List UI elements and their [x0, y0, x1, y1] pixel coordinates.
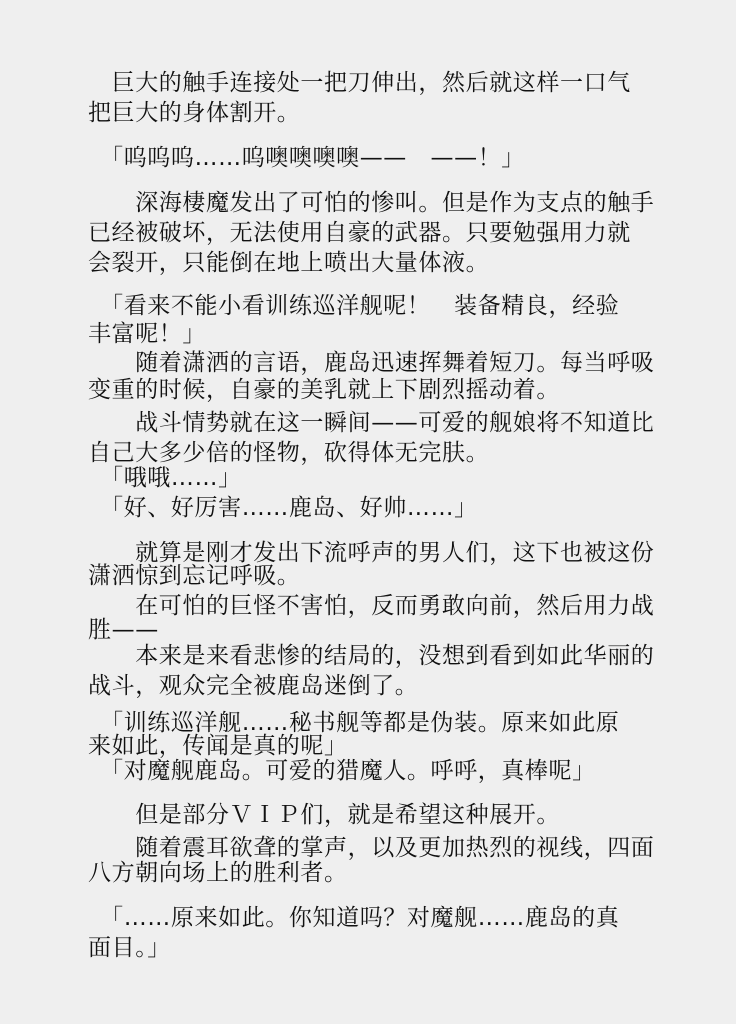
- text-line: 「好、好厉害……鹿岛、好帅……」: [88, 495, 478, 521]
- text-line: 在可怕的巨怪不害怕，反而勇敢向前，然后用力战: [88, 593, 654, 619]
- text-line: 随着震耳欲聋的掌声，以及更加热烈的视线，四面: [88, 835, 654, 861]
- text-line: 战斗情势就在这一瞬间——可爱的舰娘将不知道比: [88, 410, 654, 436]
- text-line: 深海棲魔发出了可怕的惨叫。但是作为支点的触手: [88, 190, 654, 216]
- text-line: 巨大的触手连接处一把刀伸出，然后就这样一口气: [88, 70, 631, 96]
- text-line: 变重的时候，自豪的美乳就上下剧烈摇动着。: [88, 377, 560, 403]
- text-line: 「对魔舰鹿岛。可爱的猎魔人。呼呼，真棒呢」: [88, 758, 596, 784]
- text-line: 来如此，传闻是真的呢」: [88, 733, 348, 759]
- text-line: 本来是来看悲惨的结局的，没想到看到如此华丽的: [88, 643, 654, 669]
- text-line: 八方朝向场上的胜利者。: [88, 860, 348, 886]
- text-line: 战斗，观众完全被鹿岛迷倒了。: [88, 673, 418, 699]
- text-line: 胜——: [88, 617, 159, 643]
- text-line: 丰富呢！」: [88, 321, 206, 347]
- text-line: 潇洒惊到忘记呼吸。: [88, 563, 300, 589]
- text-line: 面目。」: [88, 935, 171, 961]
- text-line: 自己大多少倍的怪物，砍得体无完肤。: [88, 440, 489, 466]
- text-line: 会裂开，只能倒在地上喷出大量体液。: [88, 250, 489, 276]
- text-line: 「……原来如此。你知道吗？对魔舰……鹿岛的真: [88, 905, 619, 931]
- text-line: 但是部分ＶＩＰ们，就是希望这种展开。: [88, 802, 560, 828]
- text-line: 「呜呜呜……呜噢噢噢噢—— ——！」: [88, 145, 525, 171]
- text-line: 「哦哦……」: [88, 465, 242, 491]
- text-line: 「看来不能小看训练巡洋舰呢！ 装备精良，经验: [88, 293, 619, 319]
- text-line: 随着潇洒的言语，鹿岛迅速挥舞着短刀。每当呼吸: [88, 350, 654, 376]
- text-line: 把巨大的身体割开。: [88, 100, 300, 126]
- document-page: 巨大的触手连接处一把刀伸出，然后就这样一口气 把巨大的身体割开。 「呜呜呜……呜…: [0, 0, 736, 1024]
- text-line: 已经被破坏，无法使用自豪的武器。只要勉强用力就: [88, 220, 631, 246]
